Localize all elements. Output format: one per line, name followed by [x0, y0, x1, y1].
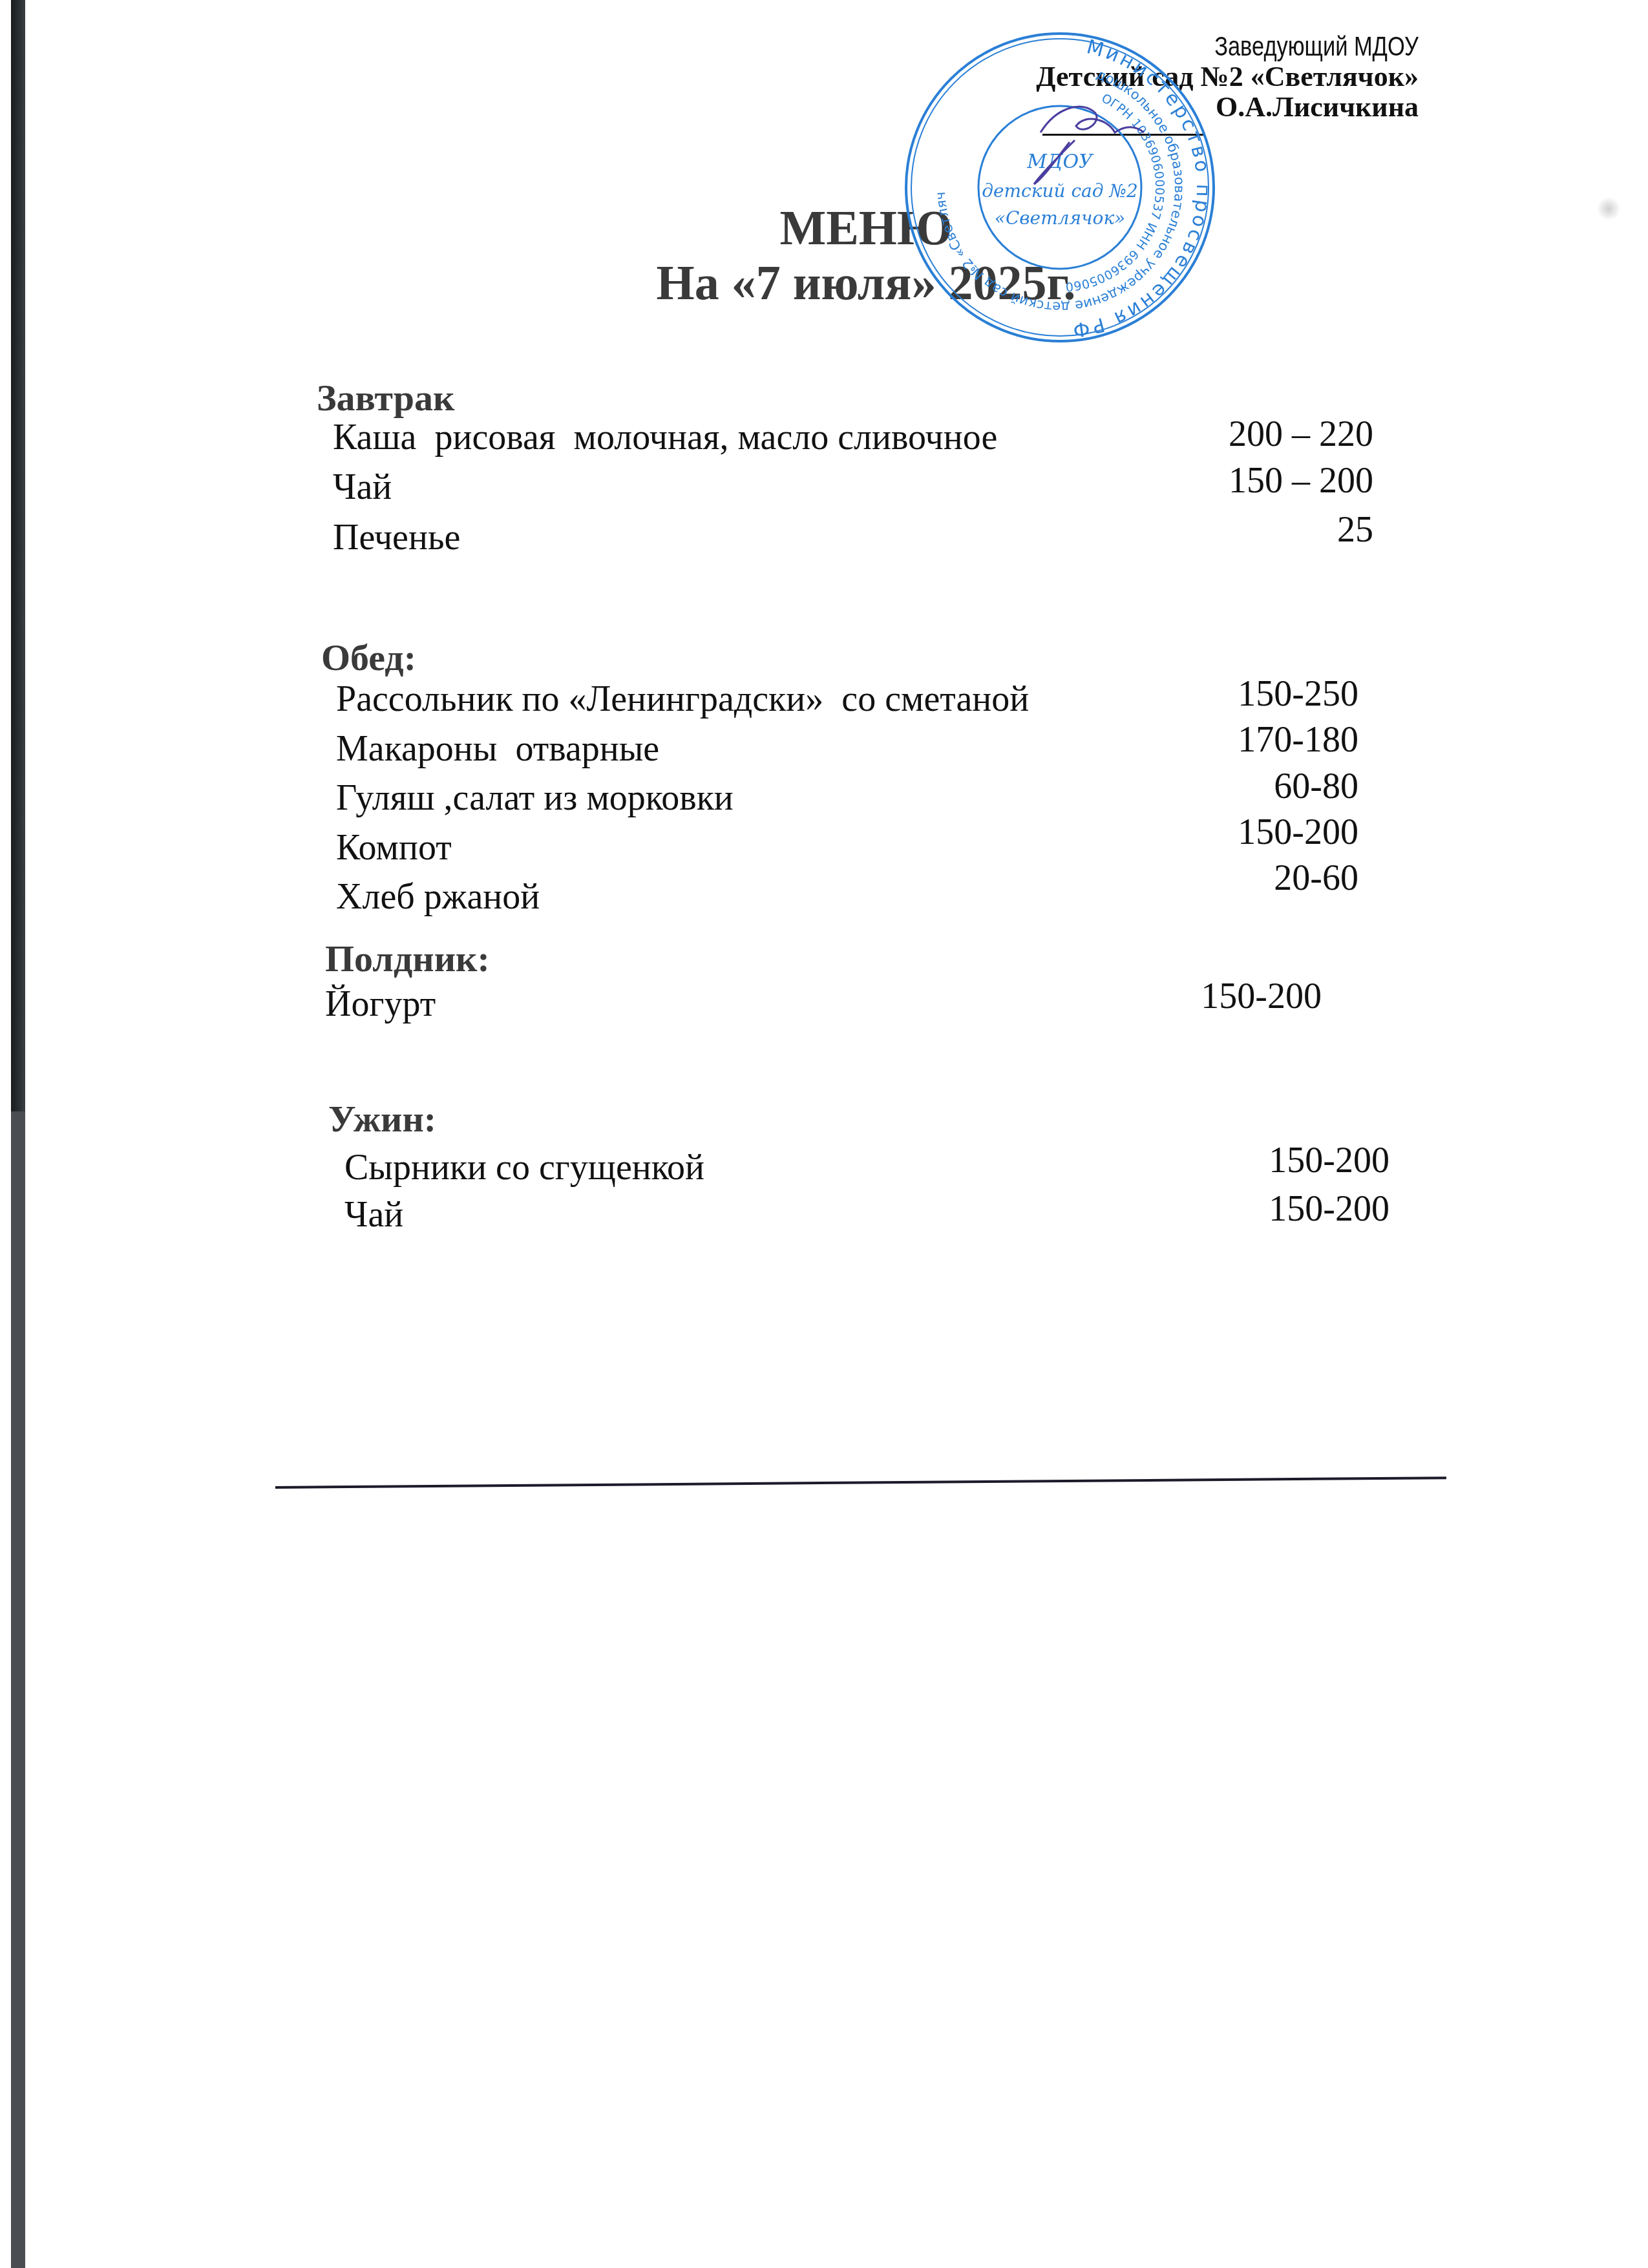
- approver-organization: Детский сад №2 «Светлячок»: [1036, 61, 1419, 92]
- menu-item: Хлеб ржаной: [336, 876, 540, 918]
- scan-edge: [11, 0, 25, 2268]
- page-title: МЕНЮ: [0, 200, 1648, 257]
- menu-item: Гуляш ,салат из морковки: [336, 777, 734, 819]
- menu-item-portion: 150-250: [1238, 673, 1358, 715]
- menu-item-portion: 150-200: [1201, 976, 1322, 1017]
- menu-item: Чай: [333, 467, 392, 508]
- menu-item: Чай: [344, 1194, 403, 1235]
- menu-item-portion: 200 – 220: [1229, 414, 1373, 455]
- scan-smudge: [1596, 197, 1621, 220]
- menu-item: Каша рисовая молочная, масло сливочное: [333, 417, 997, 458]
- menu-item-portion: 150-200: [1269, 1188, 1389, 1230]
- menu-item: Макароны отварные: [336, 728, 659, 770]
- meal-heading-dinner: Ужин:: [328, 1097, 436, 1140]
- meal-heading-breakfast: Завтрак: [317, 376, 454, 419]
- menu-item-portion: 60-80: [1274, 766, 1358, 807]
- menu-item: Печенье: [333, 517, 460, 558]
- approver-position: Заведующий МДОУ: [1105, 31, 1419, 61]
- signature-line: [1042, 134, 1205, 136]
- menu-item-portion: 150-200: [1269, 1140, 1389, 1181]
- menu-item-portion: 170-180: [1238, 719, 1358, 761]
- menu-item: Сырники со сгущенкой: [344, 1147, 704, 1188]
- menu-item: Компот: [336, 827, 452, 868]
- meal-heading-snack: Полдник:: [325, 937, 490, 980]
- approver-name: О.А.Лисичкина: [1036, 92, 1419, 122]
- document-page: [25, 0, 1648, 2268]
- menu-item-portion: 25: [1337, 509, 1373, 551]
- menu-item: Йогурт: [325, 983, 436, 1025]
- approval-block: Заведующий МДОУ Детский сад №2 «Светлячо…: [1036, 31, 1419, 122]
- menu-item-portion: 150 – 200: [1229, 460, 1373, 501]
- menu-date: На «7 июля» 2025г.: [0, 255, 1648, 311]
- menu-item-portion: 150-200: [1238, 812, 1358, 853]
- meal-heading-lunch: Обед:: [321, 636, 416, 679]
- menu-item: Рассольник по «Ленинградски» со сметаной: [336, 678, 1029, 720]
- menu-item-portion: 20-60: [1274, 857, 1358, 899]
